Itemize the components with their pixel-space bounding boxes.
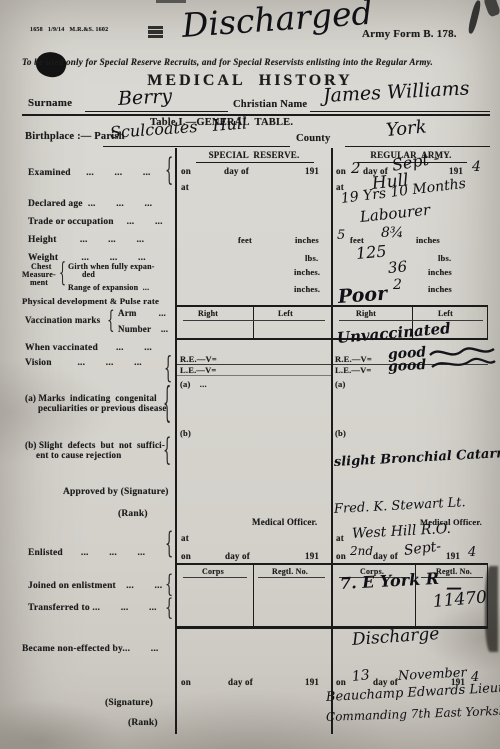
discharged-annotation: Discharged bbox=[181, 0, 374, 45]
corner-smudge bbox=[467, 0, 482, 34]
enlisted-label: Enlisted ... ... ... bbox=[28, 548, 145, 558]
final-rank-label: (Rank) bbox=[128, 718, 158, 728]
number-label: Number ... bbox=[118, 324, 168, 334]
trade-value: Labourer bbox=[359, 201, 431, 226]
when-vaccinated-label: When vaccinated ... ... bbox=[25, 343, 152, 353]
sr-final-191: 191 bbox=[305, 677, 319, 687]
sr-le-label: L.E.—V= bbox=[180, 365, 216, 375]
mo-signature-value: Fred. K. Stewart Lt. bbox=[334, 495, 466, 517]
sr-range-inches: inches. bbox=[294, 284, 320, 294]
ra-a-label: (a) bbox=[335, 379, 346, 389]
chest-brace: { bbox=[59, 257, 66, 288]
ra-examined-191: 191 bbox=[449, 166, 463, 176]
approved-label: Approved by (Signature) bbox=[63, 487, 169, 497]
sr-lbs: lbs. bbox=[305, 253, 318, 263]
sr-enlisted-191: 191 bbox=[305, 551, 319, 561]
ra-range-inches: inches bbox=[428, 284, 452, 294]
ra-re-label: R.E.—V= bbox=[335, 354, 372, 364]
trade-label: Trade or occupation ... ... bbox=[28, 217, 163, 227]
height-inches-value: 8¾ bbox=[381, 225, 403, 241]
ra-inches: inches bbox=[416, 235, 440, 245]
sr-enlisted-dayof: day of bbox=[225, 551, 250, 561]
transferred-brace: { bbox=[165, 595, 173, 622]
sr-left-header: Left bbox=[278, 309, 293, 318]
final-rank-value: Commanding 7th East Yorkshire Regt bbox=[326, 702, 500, 724]
sr-examined-at: at bbox=[181, 182, 189, 192]
chest-label-3: ment bbox=[30, 278, 48, 287]
declared-age-label: Declared age ... ... ... bbox=[28, 199, 152, 209]
sr-girth-inches: inches. bbox=[294, 267, 320, 277]
slight-defects-value: slight Bronchial Catarrh bbox=[334, 446, 500, 470]
arm-label: Arm ... bbox=[118, 308, 166, 318]
b-note-line1: (b) Slight defects but not suffici- bbox=[25, 440, 165, 450]
girth-value: 36 bbox=[387, 257, 408, 277]
regtl-no-value: 11470 bbox=[432, 587, 488, 612]
sr-regtl-header: Regtl. No. bbox=[272, 567, 308, 576]
sr-final-on: on bbox=[181, 677, 191, 687]
range-label: Range of expansion ... bbox=[68, 283, 149, 292]
enlisted-month-value: Sept- bbox=[403, 539, 442, 559]
sr-feet: feet bbox=[238, 235, 252, 245]
ink-scribble bbox=[428, 343, 496, 377]
enlisted-year-value: 4 bbox=[468, 545, 476, 560]
sr-enlisted-on: on bbox=[181, 551, 191, 561]
vision-label: Vision ... ... ... bbox=[25, 358, 142, 368]
sr-examined-dayof: day of bbox=[224, 166, 249, 176]
ra-right-header: Right bbox=[356, 309, 376, 318]
sr-right-header: Right bbox=[198, 309, 218, 318]
inspection-stamp-icon bbox=[148, 26, 163, 41]
county-value: York bbox=[385, 116, 427, 140]
top-edge-mark bbox=[156, 0, 186, 3]
christian-name-label: Christian Name bbox=[233, 99, 307, 110]
physical-label: Physical development & Pulse rate bbox=[22, 296, 159, 306]
form-number: Army Form B. 178. bbox=[362, 28, 457, 40]
signature-label: (Signature) bbox=[105, 698, 153, 708]
range-value: 2 bbox=[393, 277, 402, 293]
sr-re-label: R.E.—V= bbox=[180, 354, 217, 364]
b-note-line2: ent to cause rejection bbox=[36, 450, 121, 460]
examined-day-value: 2 bbox=[351, 159, 361, 177]
surname-label: Surname bbox=[28, 97, 72, 109]
column-rule-2 bbox=[331, 148, 333, 734]
girth-label-1: Girth when fully expan- bbox=[68, 262, 155, 271]
sr-final-dayof: day of bbox=[228, 677, 253, 687]
rank-label: (Rank) bbox=[118, 509, 148, 519]
ra-b-label: (b) bbox=[335, 428, 346, 438]
restriction-note: To be used only for Special Reserve Recr… bbox=[22, 57, 482, 67]
ra-regtl-header: Regtl. No. bbox=[436, 567, 472, 576]
surname-value: Berry bbox=[117, 85, 172, 110]
print-refs: 1658 1/9/14 M.R.&S. 1602 bbox=[30, 27, 108, 33]
ra-enlisted-191: 191 bbox=[446, 551, 460, 561]
vision-le-value: good bbox=[388, 357, 427, 375]
examined-year-value: 4 bbox=[472, 159, 481, 175]
girth-label-2: ded bbox=[82, 270, 95, 279]
corps-value: 7. E York R bbox=[340, 569, 440, 593]
a-note-line1: (a) Marks indicating congenital bbox=[25, 393, 157, 403]
ra-girth-inches: inches bbox=[428, 267, 452, 277]
height-label: Height ... ... ... bbox=[28, 235, 144, 245]
scanned-medical-history-form: 1658 1/9/14 M.R.&S. 1602 Discharged Army… bbox=[0, 0, 500, 749]
ra-left-header: Left bbox=[438, 309, 453, 318]
height-feet-value: 5 bbox=[337, 228, 345, 243]
ra-lbs: lbs. bbox=[438, 253, 451, 263]
sr-medical-officer-label: Medical Officer. bbox=[252, 517, 317, 527]
a-note-brace: { bbox=[163, 382, 171, 430]
joined-label: Joined on enlistment ... ... bbox=[28, 581, 162, 591]
special-reserve-header: SPECIAL RESERVE. bbox=[177, 150, 331, 160]
final-day-value: 13 bbox=[351, 667, 370, 685]
ra-enlisted-dayof: day of bbox=[373, 551, 398, 561]
ra-examined-on: on bbox=[336, 166, 346, 176]
sr-corps-header: Corps bbox=[202, 567, 224, 576]
ra-le-label: L.E.—V= bbox=[335, 365, 371, 375]
vaccination-brace: { bbox=[107, 306, 115, 334]
column-rule-1 bbox=[175, 148, 177, 734]
county-label: County bbox=[296, 133, 330, 144]
corner-smudge2 bbox=[483, 0, 500, 17]
examined-label: Examined ... ... ... bbox=[28, 168, 151, 178]
sr-examined-191: 191 bbox=[305, 166, 319, 176]
ra-enlisted-on: on bbox=[336, 551, 346, 561]
non-effective-label: Became non-effected by... ... bbox=[22, 644, 158, 654]
vaccination-label: Vaccination marks bbox=[25, 315, 100, 325]
sr-a-label: (a) ... bbox=[180, 379, 207, 389]
b-note-brace: { bbox=[163, 434, 171, 470]
enlisted-day-value: 2nd bbox=[350, 544, 373, 558]
ra-enlisted-at: at bbox=[336, 533, 344, 543]
sr-b-label: (b) bbox=[180, 428, 191, 438]
transferred-label: Transferred to ... ... ... bbox=[28, 603, 157, 613]
weight-value: 125 bbox=[355, 241, 387, 263]
enlisted-brace: { bbox=[165, 529, 173, 562]
a-note-line2: peculiarities or previous disease bbox=[38, 403, 167, 413]
sr-inches: inches bbox=[295, 235, 319, 245]
sr-examined-on: on bbox=[181, 166, 191, 176]
ra-final-on: on bbox=[336, 677, 346, 687]
examined-brace: { bbox=[165, 154, 173, 190]
parish-value: Sculcoates Hull bbox=[109, 113, 247, 142]
sr-enlisted-at: at bbox=[181, 533, 189, 543]
